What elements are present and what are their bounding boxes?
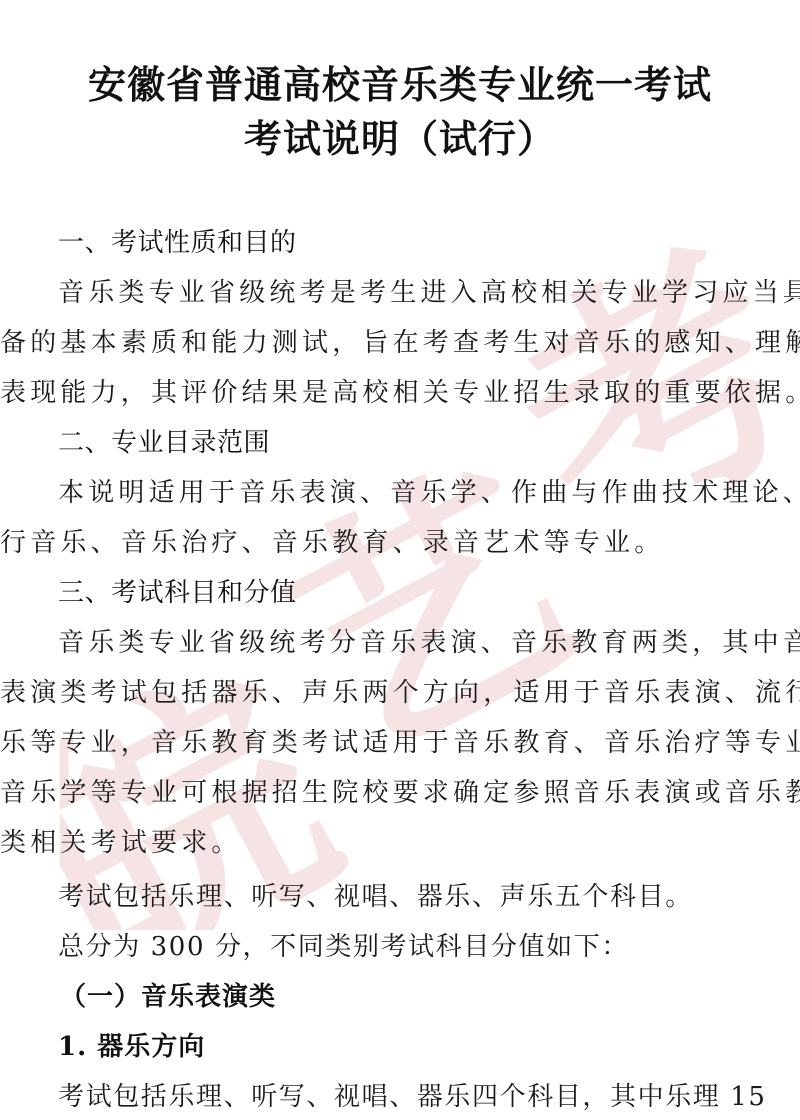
paragraph-line: 本说明适用于音乐表演、音乐学、作曲与作曲技术理论、流: [58, 476, 800, 510]
paragraph-line: 考试包括乐理、听写、视唱、器乐四个科目，其中乐理 15: [58, 1080, 800, 1114]
section-heading-3: 三、考试科目和分值: [58, 576, 297, 610]
paragraph-line: 总分为 300 分，不同类别考试科目分值如下：: [58, 930, 800, 964]
paragraph-line: 音乐类专业省级统考是考生进入高校相关专业学习应当具: [58, 276, 800, 310]
section-heading-2: 二、专业目录范围: [58, 426, 270, 460]
paragraph-line: 表演类考试包括器乐、声乐两个方向，适用于音乐表演、流行音: [0, 676, 800, 710]
paragraph-line: 表现能力，其评价结果是高校相关专业招生录取的重要依据。: [0, 376, 800, 410]
paragraph-line: 考试包括乐理、听写、视唱、器乐、声乐五个科目。: [58, 880, 800, 914]
document-title: 安徽省普通高校音乐类专业统一考试: [0, 58, 800, 112]
paragraph-line: 音乐学等专业可根据招生院校要求确定参照音乐表演或音乐教育: [0, 776, 800, 810]
paragraph-line: 乐等专业，音乐教育类考试适用于音乐教育、音乐治疗等专业，: [0, 726, 800, 760]
paragraph-line: 行音乐、音乐治疗、音乐教育、录音艺术等专业。: [0, 526, 800, 560]
paragraph-line: 类相关考试要求。: [0, 826, 800, 860]
item-heading: 1. 器乐方向: [58, 1030, 205, 1064]
subsection-heading: （一）音乐表演类: [60, 980, 276, 1014]
paragraph-line: 音乐类专业省级统考分音乐表演、音乐教育两类，其中音乐: [58, 626, 800, 660]
paragraph-line: 备的基本素质和能力测试，旨在考查考生对音乐的感知、理解和: [0, 326, 800, 360]
document-subtitle: 考试说明（试行）: [0, 112, 800, 166]
section-heading-1: 一、考试性质和目的: [58, 226, 297, 260]
